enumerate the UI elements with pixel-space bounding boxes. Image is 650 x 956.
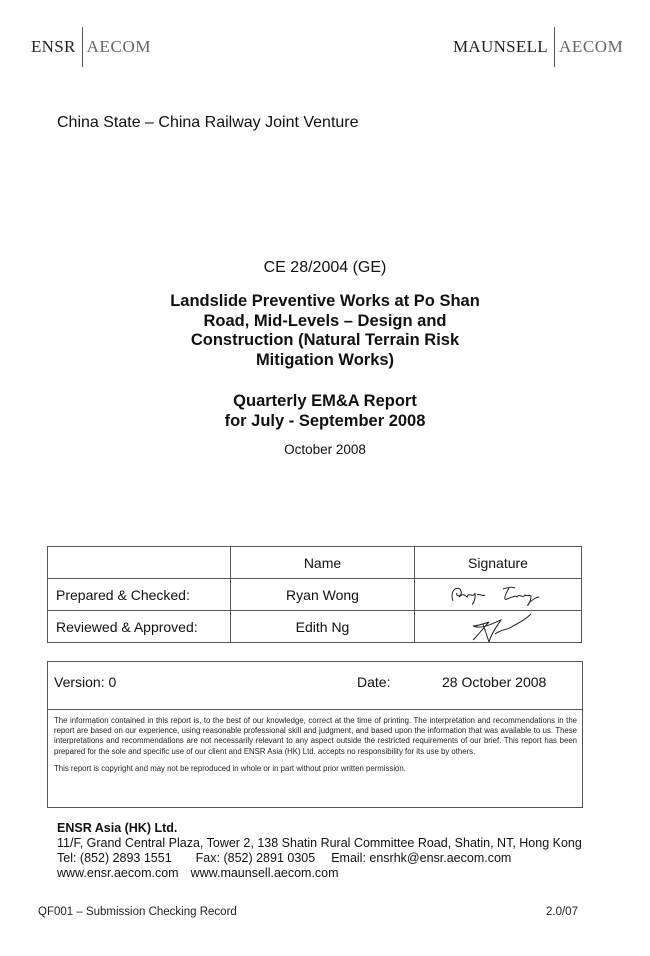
logo-divider [82, 27, 83, 67]
logo-divider [554, 27, 555, 67]
maunsell-aecom-logo: MAUNSELL AECOM [453, 27, 623, 67]
name-cell: Edith Ng [231, 611, 415, 643]
signoff-table: Name Signature Prepared & Checked: Ryan … [47, 546, 582, 643]
issue-date: October 2008 [0, 442, 650, 457]
report-title: Landslide Preventive Works at Po Shan Ro… [0, 292, 650, 370]
version-label: Version: 0 [54, 674, 116, 690]
disclaimer: The information contained in this report… [48, 710, 582, 774]
logo-brand: MAUNSELL [453, 37, 548, 57]
title-line: Landslide Preventive Works at Po Shan [0, 292, 650, 312]
version-box: Version: 0 Date: 28 October 2008 The inf… [47, 661, 583, 808]
table-row: Prepared & Checked: Ryan Wong [48, 579, 582, 611]
title-line: Mitigation Works) [0, 351, 650, 371]
name-cell: Ryan Wong [231, 579, 415, 611]
ensr-aecom-logo: ENSR AECOM [31, 27, 151, 67]
header-cell: Name [231, 547, 415, 579]
table-row: Reviewed & Approved: Edith Ng [48, 611, 582, 643]
company-fax: Fax: (852) 2891 0305 [196, 851, 316, 865]
date-label: Date: [357, 674, 390, 690]
subtitle-line: Quarterly EM&A Report [0, 392, 650, 412]
company-name: ENSR Asia (HK) Ltd. [57, 821, 582, 836]
header-cell: Signature [415, 547, 582, 579]
footer-revision: 2.0/07 [546, 906, 578, 918]
table-header-row: Name Signature [48, 547, 582, 579]
subtitle-line: for July - September 2008 [0, 412, 650, 432]
company-email[interactable]: Email: ensrhk@ensr.aecom.com [331, 851, 511, 865]
date-value: 28 October 2008 [442, 674, 546, 690]
website-link[interactable]: www.maunsell.aecom.com [191, 866, 339, 880]
company-details: ENSR Asia (HK) Ltd. 11/F, Grand Central … [57, 821, 582, 881]
header-cell [48, 547, 231, 579]
company-tel: Tel: (852) 2893 1551 [57, 851, 172, 865]
title-line: Construction (Natural Terrain Risk [0, 331, 650, 351]
company-web: www.ensr.aecom.comwww.maunsell.aecom.com [57, 866, 582, 881]
company-contact: Tel: (852) 2893 1551Fax: (852) 2891 0305… [57, 851, 582, 866]
contract-number: CE 28/2004 (GE) [0, 259, 650, 277]
title-line: Road, Mid-Levels – Design and [0, 312, 650, 332]
logo-brand: ENSR [31, 37, 76, 57]
copyright-text: This report is copyright and may not be … [54, 764, 577, 774]
role-cell: Prepared & Checked: [48, 579, 231, 611]
signature-edith-ng [443, 612, 553, 642]
report-subtitle: Quarterly EM&A Report for July - Septemb… [0, 392, 650, 431]
logo-parent: AECOM [559, 37, 623, 57]
footer-form-name: QF001 – Submission Checking Record [38, 906, 237, 918]
signature-cell [415, 579, 582, 611]
signature-cell [415, 611, 582, 643]
role-cell: Reviewed & Approved: [48, 611, 231, 643]
disclaimer-text: The information contained in this report… [54, 716, 577, 757]
website-link[interactable]: www.ensr.aecom.com [57, 866, 179, 880]
signature-ryan-wong [443, 581, 553, 609]
company-address: 11/F, Grand Central Plaza, Tower 2, 138 … [57, 836, 582, 851]
logo-parent: AECOM [87, 37, 151, 57]
client-name: China State – China Railway Joint Ventur… [57, 114, 359, 132]
version-row: Version: 0 Date: 28 October 2008 [48, 662, 582, 710]
